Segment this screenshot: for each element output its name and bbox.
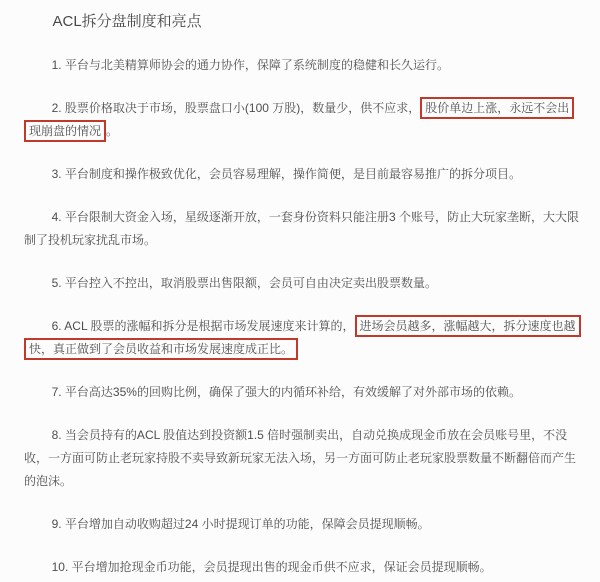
paragraph-text: 1. 平台与北美精算师协会的通力协作，保障了系统制度的稳健和长久运行。	[52, 58, 449, 72]
paragraph-text: 4. 平台限制大资金入场，星级逐渐开放，一套身份资料只能注册3 个账号，防止大玩…	[24, 210, 579, 247]
paragraph-list: 1. 平台与北美精算师协会的通力协作，保障了系统制度的稳健和长久运行。2. 股票…	[24, 54, 580, 579]
paragraph: 8. 当会员持有的ACL 股值达到投资额1.5 倍时强制卖出，自动兑换成现金币放…	[24, 424, 580, 493]
paragraph-text: 8. 当会员持有的ACL 股值达到投资额1.5 倍时强制卖出，自动兑换成现金币放…	[24, 428, 576, 488]
paragraph: 7. 平台高达35%的回购比例，确保了强大的内循环补给，有效缓解了对外部市场的依…	[24, 381, 580, 404]
paragraph: 5. 平台控入不控出，取消股票出售限额，会员可自由决定卖出股票数量。	[24, 272, 580, 295]
paragraph: 2. 股票价格取决于市场，股票盘口小(100 万股)，数量少，供不应求，股价单边…	[24, 97, 580, 143]
paragraph-text: 7. 平台高达35%的回购比例，确保了强大的内循环补给，有效缓解了对外部市场的依…	[52, 385, 521, 399]
paragraph-text: 6. ACL 股票的涨幅和拆分是根据市场发展速度来计算的，	[52, 319, 355, 333]
paragraph: 10. 平台增加抢现金币功能，会员提现出售的现金币供不应求，保证会员提现顺畅。	[24, 556, 580, 579]
page-title: ACL拆分盘制度和亮点	[24, 10, 580, 34]
paragraph: 9. 平台增加自动收购超过24 小时提现订单的功能，保障会员提现顺畅。	[24, 513, 580, 536]
paragraph-text: 3. 平台制度和操作极致优化，会员容易理解，操作简便，是目前最容易推广的拆分项目…	[52, 167, 521, 181]
paragraph-text: 2. 股票价格取决于市场，股票盘口小(100 万股)，数量少，供不应求，	[52, 101, 421, 115]
paragraph-text: 9. 平台增加自动收购超过24 小时提现订单的功能，保障会员提现顺畅。	[52, 517, 430, 531]
paragraph-text: 5. 平台控入不控出，取消股票出售限额，会员可自由决定卖出股票数量。	[52, 276, 437, 290]
paragraph: 3. 平台制度和操作极致优化，会员容易理解，操作简便，是目前最容易推广的拆分项目…	[24, 163, 580, 186]
article-page: ACL拆分盘制度和亮点 1. 平台与北美精算师协会的通力协作，保障了系统制度的稳…	[0, 0, 600, 582]
paragraph: 4. 平台限制大资金入场，星级逐渐开放，一套身份资料只能注册3 个账号，防止大玩…	[24, 206, 580, 252]
paragraph-text: 10. 平台增加抢现金币功能，会员提现出售的现金币供不应求，保证会员提现顺畅。	[52, 560, 492, 574]
paragraph: 6. ACL 股票的涨幅和拆分是根据市场发展速度来计算的，进场会员越多，涨幅越大…	[24, 315, 580, 361]
paragraph-text: 。	[106, 124, 118, 138]
paragraph: 1. 平台与北美精算师协会的通力协作，保障了系统制度的稳健和长久运行。	[24, 54, 580, 77]
